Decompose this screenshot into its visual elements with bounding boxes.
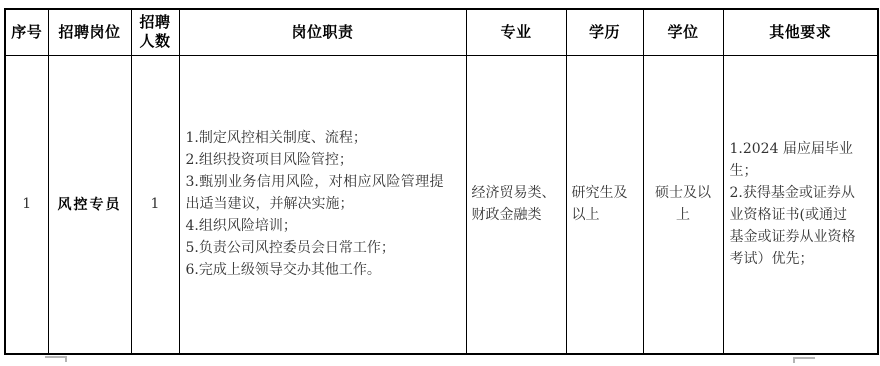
cell-degree: 硕士及以上	[643, 55, 723, 354]
header-cell-headcount: 招聘人数	[131, 9, 179, 55]
header-cell-degree: 学位	[643, 9, 723, 55]
cell-headcount: 1	[131, 55, 179, 354]
cropped-artifact-left	[45, 356, 67, 362]
header-row: 序号 招聘岗位 招聘人数 岗位职责 专业 学历 学位 其他要求	[5, 9, 878, 55]
recruitment-table: 序号 招聘岗位 招聘人数 岗位职责 专业 学历 学位 其他要求 1 风控专员 1…	[4, 8, 879, 355]
header-cell-other: 其他要求	[723, 9, 878, 55]
header-cell-major: 专业	[466, 9, 566, 55]
cell-index: 1	[5, 55, 48, 354]
table-row: 1 风控专员 1 1.制定风控相关制度、流程； 2.组织投资项目风险管控； 3.…	[5, 55, 878, 354]
cell-duties: 1.制定风控相关制度、流程； 2.组织投资项目风险管控； 3.甄别业务信用风险，…	[179, 55, 466, 354]
cell-position: 风控专员	[48, 55, 131, 354]
header-cell-position: 招聘岗位	[48, 9, 131, 55]
header-cell-index: 序号	[5, 9, 48, 55]
header-cell-duties: 岗位职责	[179, 9, 466, 55]
cell-other-requirements: 1.2024 届应届毕业生； 2.获得基金或证券从业资格证书(或通过基金或证券从…	[723, 55, 878, 354]
cropped-artifact-right	[793, 357, 815, 363]
cell-major: 经济贸易类、财政金融类	[466, 55, 566, 354]
header-cell-education: 学历	[566, 9, 643, 55]
cell-education: 研究生及以上	[566, 55, 643, 354]
